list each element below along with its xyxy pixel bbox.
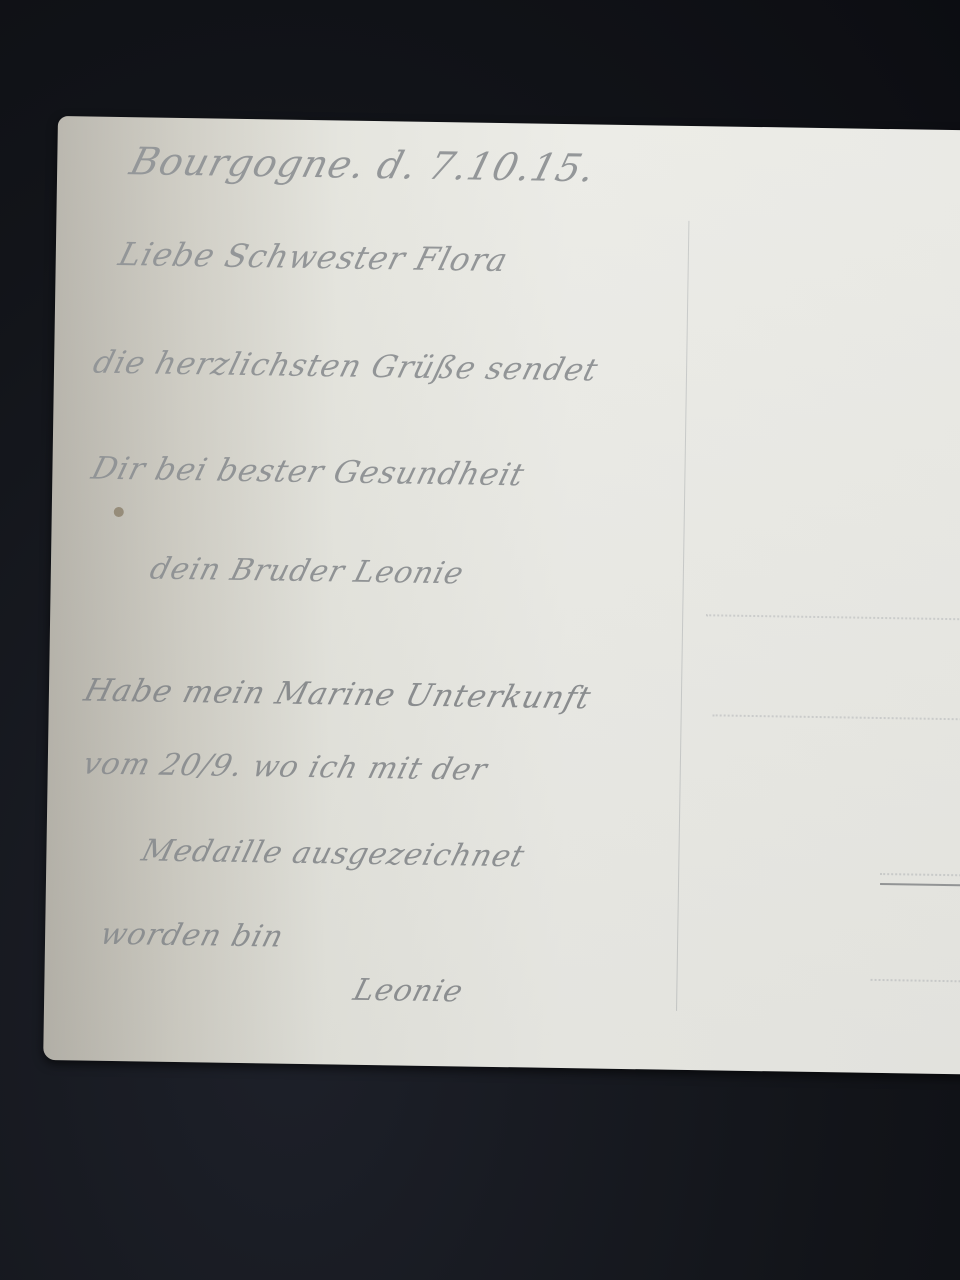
message-line: Medaille ausgezeichnet [138, 833, 529, 874]
message-line: Habe mein Marine Unterkunft [80, 673, 595, 717]
postcard: Bourgogne. d. 7.10.15. Liebe Schwester F… [43, 116, 960, 1075]
address-underline [880, 883, 960, 887]
message-line: Dir bei bester Gesundheit [88, 451, 529, 494]
address-line [713, 714, 960, 721]
place-date: Bourgogne. d. 7.10.15. [125, 139, 600, 190]
message-area: Bourgogne. d. 7.10.15. Liebe Schwester F… [43, 116, 698, 1066]
address-line [880, 873, 960, 877]
salutation: Liebe Schwester Flora [115, 235, 513, 279]
message-line: vom 20/9. wo ich mit der [79, 747, 491, 788]
signature: Leonie [350, 973, 468, 1010]
message-line: die herzlichsten Grüße sendet [89, 345, 602, 389]
address-line [871, 979, 960, 983]
photo-scene: Bourgogne. d. 7.10.15. Liebe Schwester F… [0, 0, 960, 1280]
message-line: dein Bruder Leonie [146, 552, 468, 592]
address-line [706, 614, 960, 621]
message-line: worden bin [97, 917, 288, 955]
